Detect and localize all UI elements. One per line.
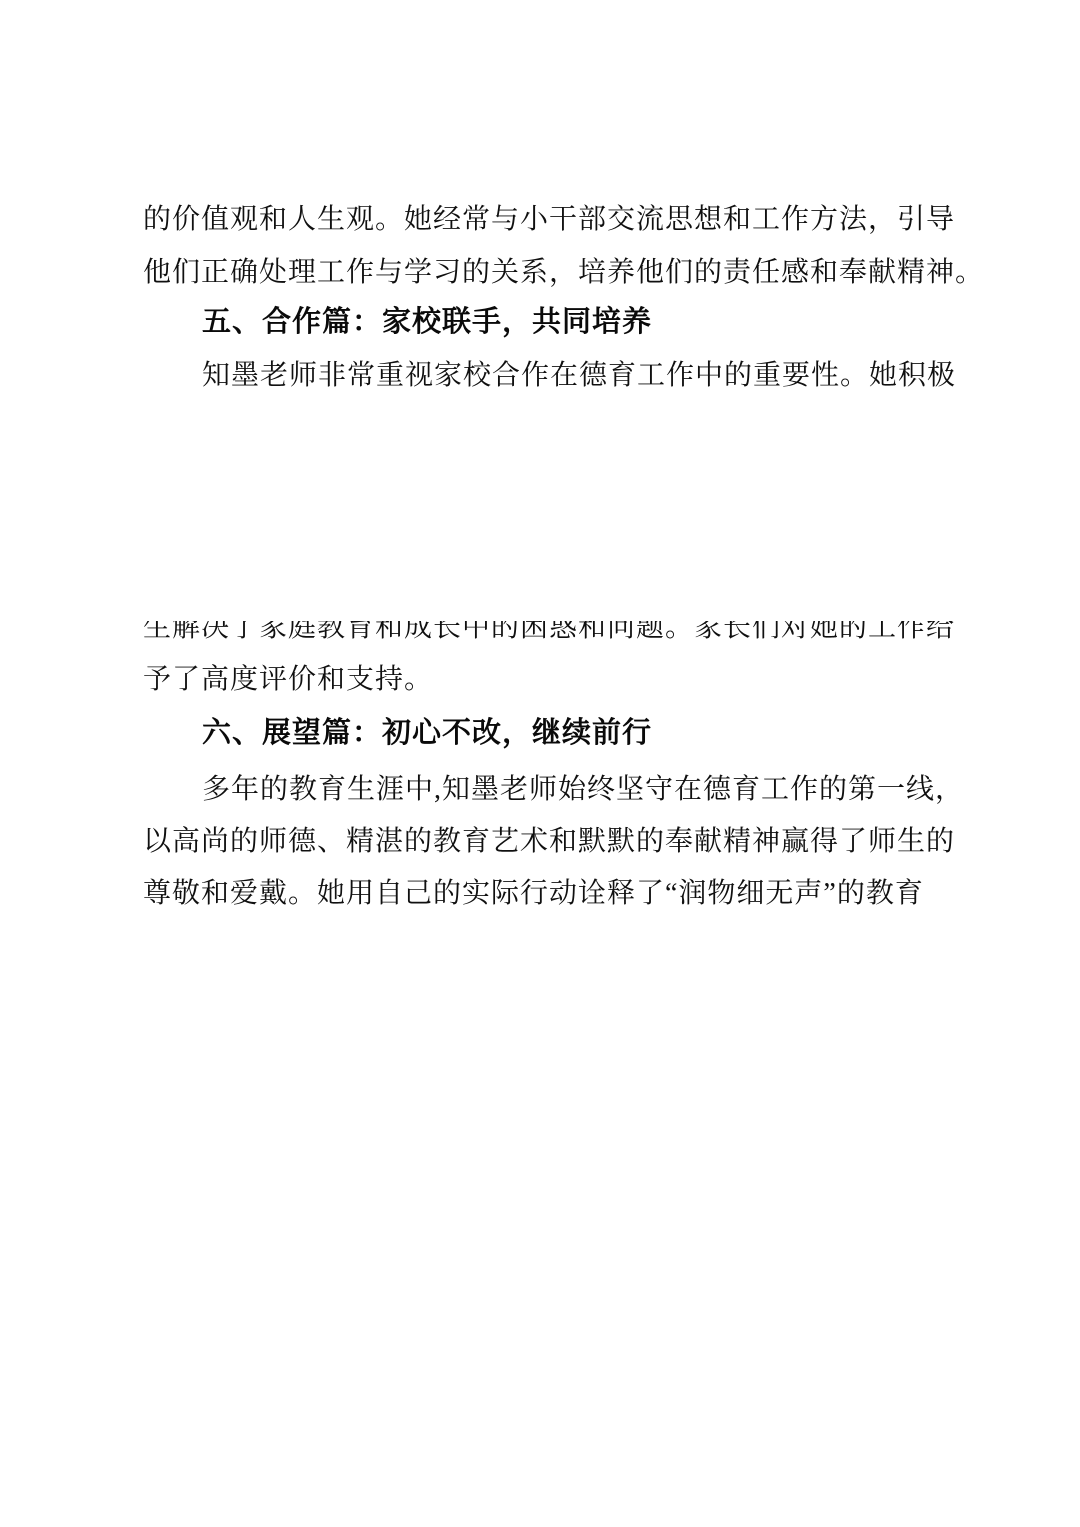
body-text-line: 他们正确处理工作与学习的关系，培养他们的责任感和奉献精神。 [143,256,984,290]
body-text-line: 以高尚的师德、精湛的教育艺术和默默的奉献精神赢得了师生的 [143,825,955,859]
body-text-line: 予了高度评价和支持。 [143,663,433,697]
partially-hidden-text-line: 生解决了家庭教育和成长中的困惑和问题。家长们对她的工作给 [143,621,1003,653]
body-text-line: 的价值观和人生观。她经常与小干部交流思想和工作方法，引导 [143,203,955,237]
body-text-line: 生解决了家庭教育和成长中的困惑和问题。家长们对她的工作给 [143,621,1003,645]
document-page: 的价值观和人生观。她经常与小干部交流思想和工作方法，引导 他们正确处理工作与学习… [0,0,1080,1527]
body-text-line: 尊敬和爱戴。她用自己的实际行动诠释了“润物细无声”的教育 [143,877,924,911]
section-6-heading: 六、展望篇：初心不改，继续前行 [202,715,652,751]
section-5-heading: 五、合作篇：家校联手，共同培养 [202,304,652,340]
body-text-line: 多年的教育生涯中,知墨老师始终坚守在德育工作的第一线， [202,773,964,807]
body-text-line: 知墨老师非常重视家校合作在德育工作中的重要性。她积极 [202,359,956,393]
